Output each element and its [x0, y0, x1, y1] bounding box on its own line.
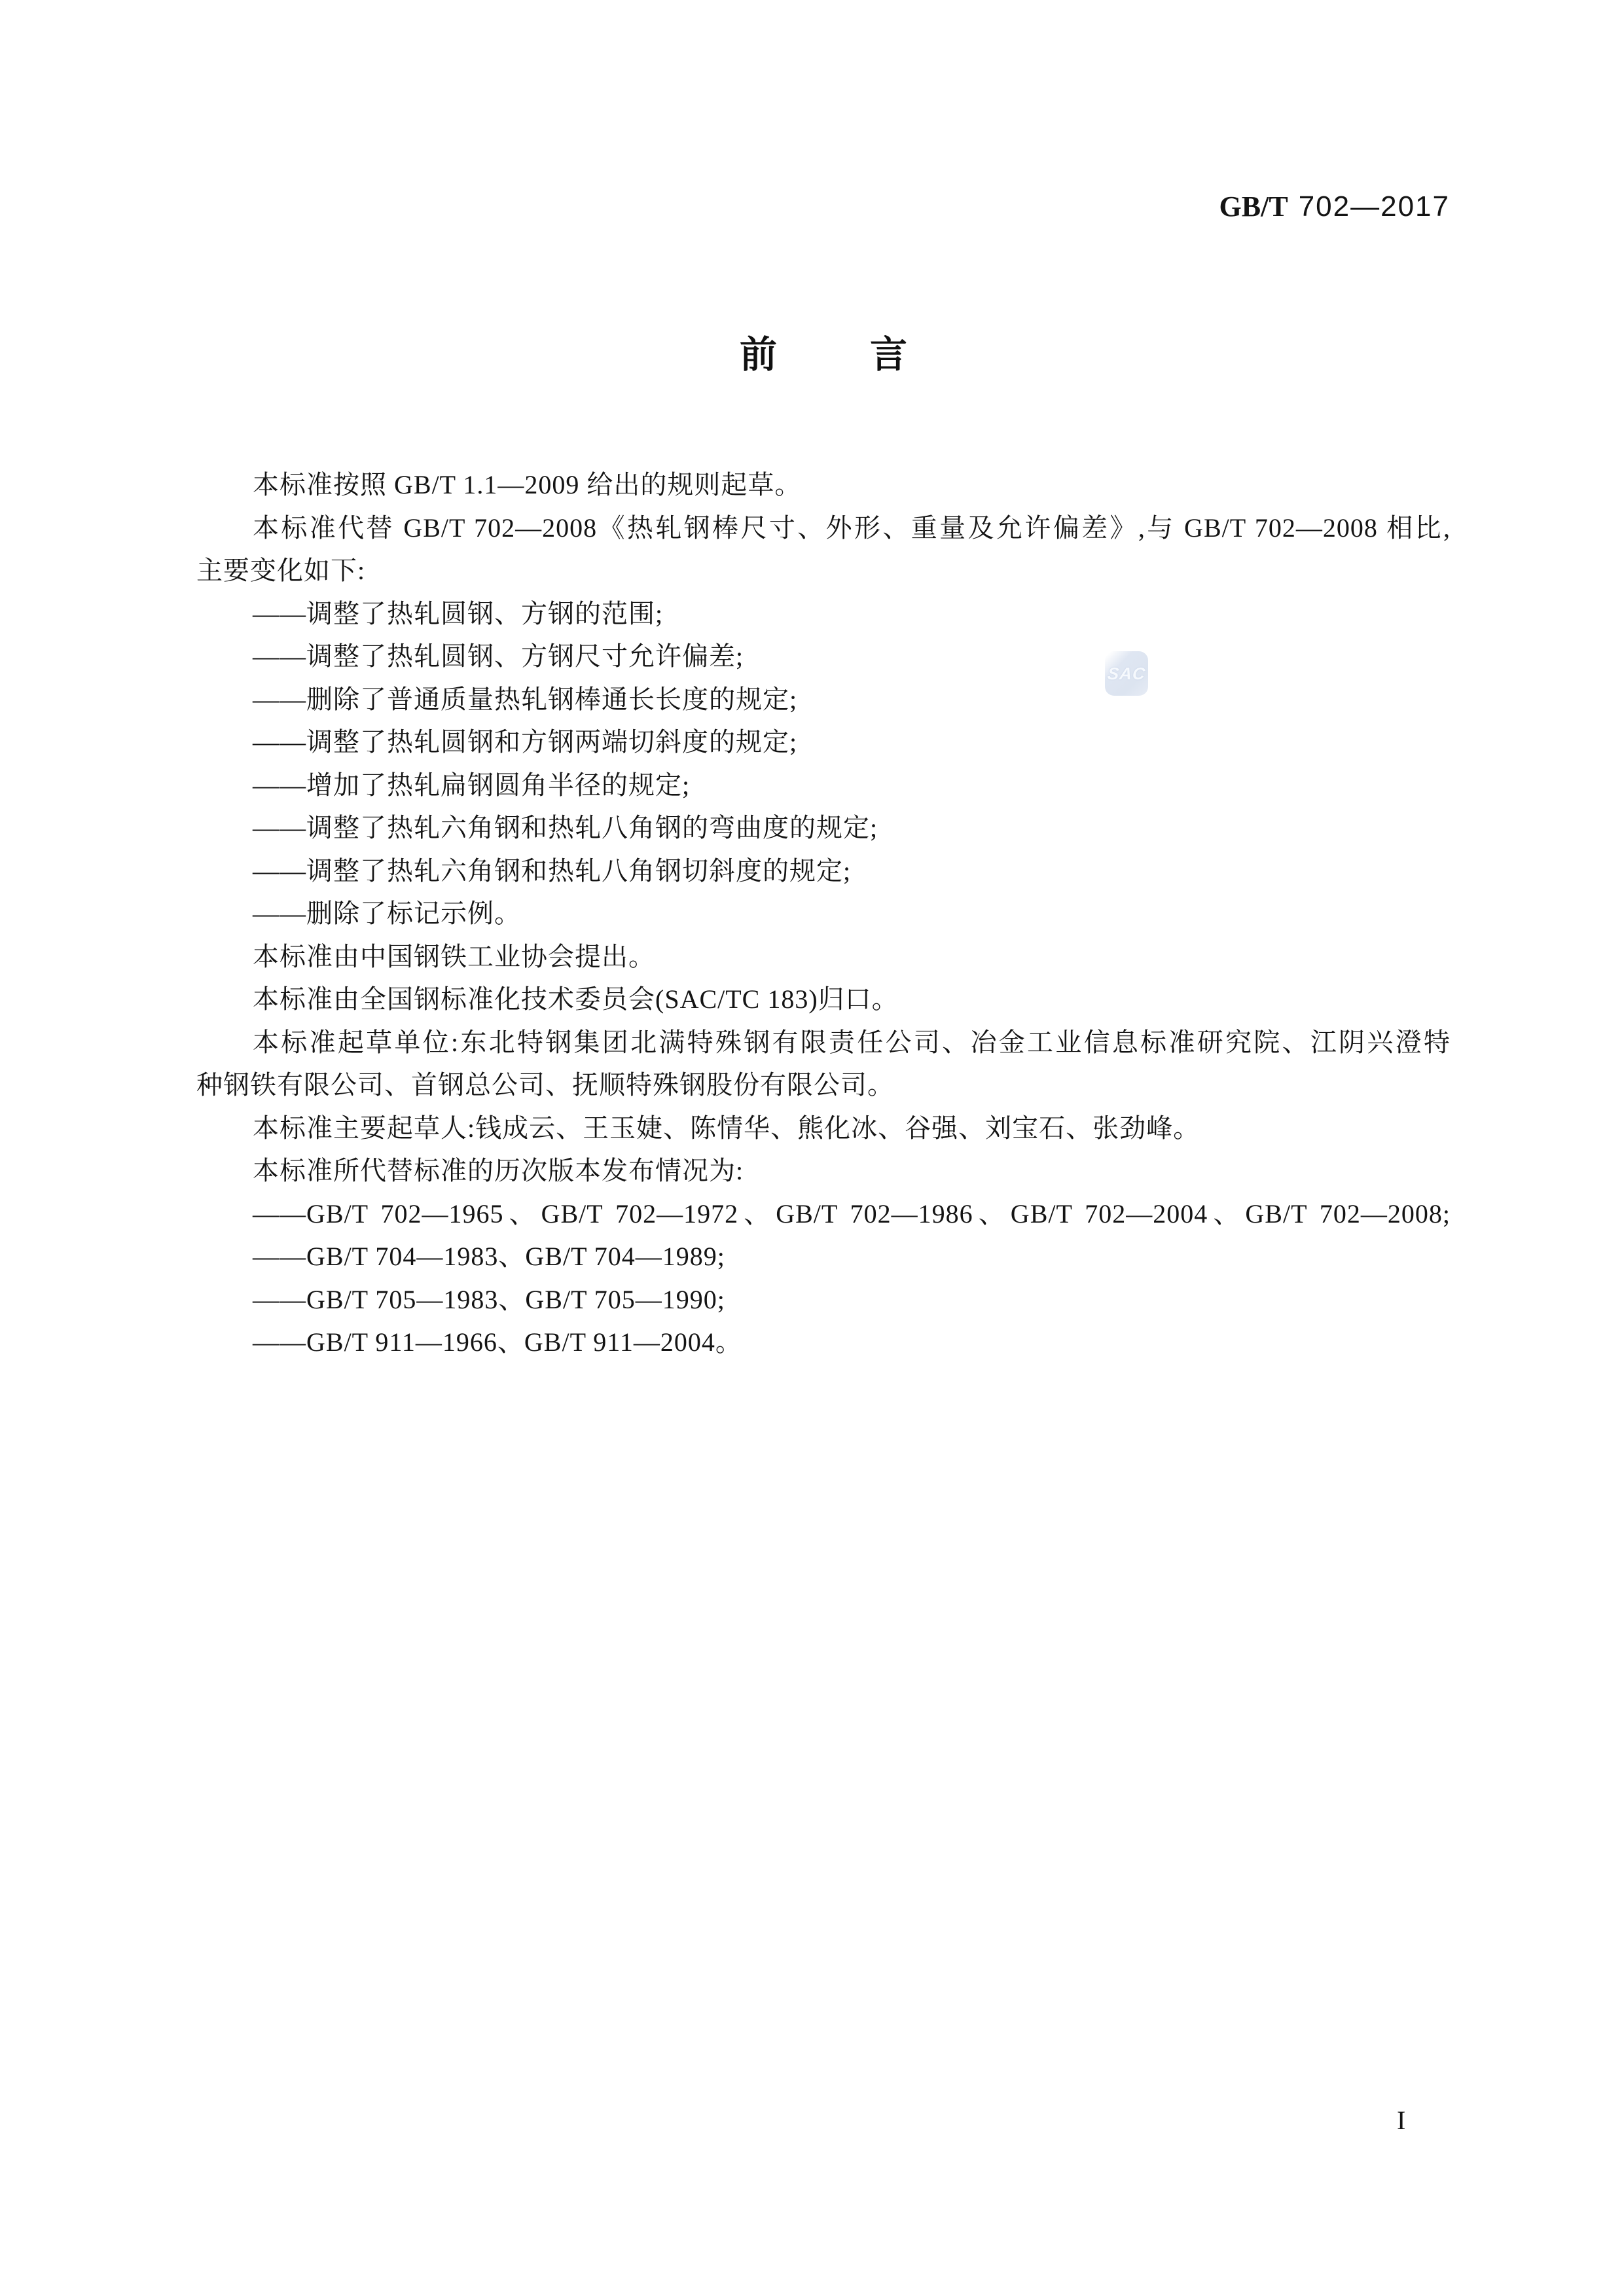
body-line: 本标准代替 GB/T 702—2008《热轧钢棒尺寸、外形、重量及允许偏差》,与…	[196, 507, 1451, 550]
body-line-bullet: ——GB/T 702—1965、GB/T 702—1972、GB/T 702—1…	[196, 1193, 1451, 1236]
body-line: 本标准由中国钢铁工业协会提出。	[196, 935, 1451, 978]
foreword-title: 前 言	[196, 331, 1451, 378]
body-line: 种钢铁有限公司、首钢总公司、抚顺特殊钢股份有限公司。	[196, 1064, 1451, 1107]
body-line: 本标准起草单位:东北特钢集团北满特殊钢有限责任公司、冶金工业信息标准研究院、江阴…	[196, 1021, 1451, 1064]
body-line-bullet: ——GB/T 704—1983、GB/T 704—1989;	[196, 1235, 1451, 1278]
foreword-body: 本标准按照 GB/T 1.1—2009 给出的规则起草。 本标准代替 GB/T …	[196, 463, 1451, 1364]
foreword-title-char-2: 言	[870, 331, 907, 378]
body-line-bullet: ——增加了热轧扁钢圆角半径的规定;	[196, 764, 1451, 807]
body-line: 本标准主要起草人:钱成云、王玉婕、陈情华、熊化冰、谷强、刘宝石、张劲峰。	[196, 1107, 1451, 1150]
body-line-bullet: ——调整了热轧六角钢和热轧八角钢的弯曲度的规定;	[196, 806, 1451, 850]
body-line: 本标准所代替标准的历次版本发布情况为:	[196, 1149, 1451, 1193]
body-line: 本标准按照 GB/T 1.1—2009 给出的规则起草。	[196, 463, 1451, 507]
body-line: 本标准由全国钢标准化技术委员会(SAC/TC 183)归口。	[196, 978, 1451, 1021]
document-page: GB/T702—2017 前 言 SAC 本标准按照 GB/T 1.1—2009…	[0, 0, 1624, 2296]
body-line-bullet: ——GB/T 705—1983、GB/T 705—1990;	[196, 1278, 1451, 1321]
body-line-bullet: ——调整了热轧圆钢、方钢的范围;	[196, 592, 1451, 636]
standard-code: 702—2017	[1299, 190, 1450, 223]
foreword-title-char-1: 前	[740, 331, 777, 378]
body-line-bullet: ——调整了热轧圆钢和方钢两端切斜度的规定;	[196, 721, 1451, 764]
body-line-bullet: ——调整了热轧六角钢和热轧八角钢切斜度的规定;	[196, 850, 1451, 893]
standard-number-header: GB/T702—2017	[1219, 191, 1450, 223]
body-line: 主要变化如下:	[196, 549, 1451, 592]
body-line-bullet: ——GB/T 911—1966、GB/T 911—2004。	[196, 1321, 1451, 1364]
body-line-bullet: ——删除了普通质量热轧钢棒通长长度的规定;	[196, 678, 1451, 721]
page-number: I	[1397, 2106, 1405, 2135]
standard-prefix: GB/T	[1219, 190, 1288, 223]
body-line-bullet: ——调整了热轧圆钢、方钢尺寸允许偏差;	[196, 635, 1451, 678]
body-line-bullet: ——删除了标记示例。	[196, 892, 1451, 935]
